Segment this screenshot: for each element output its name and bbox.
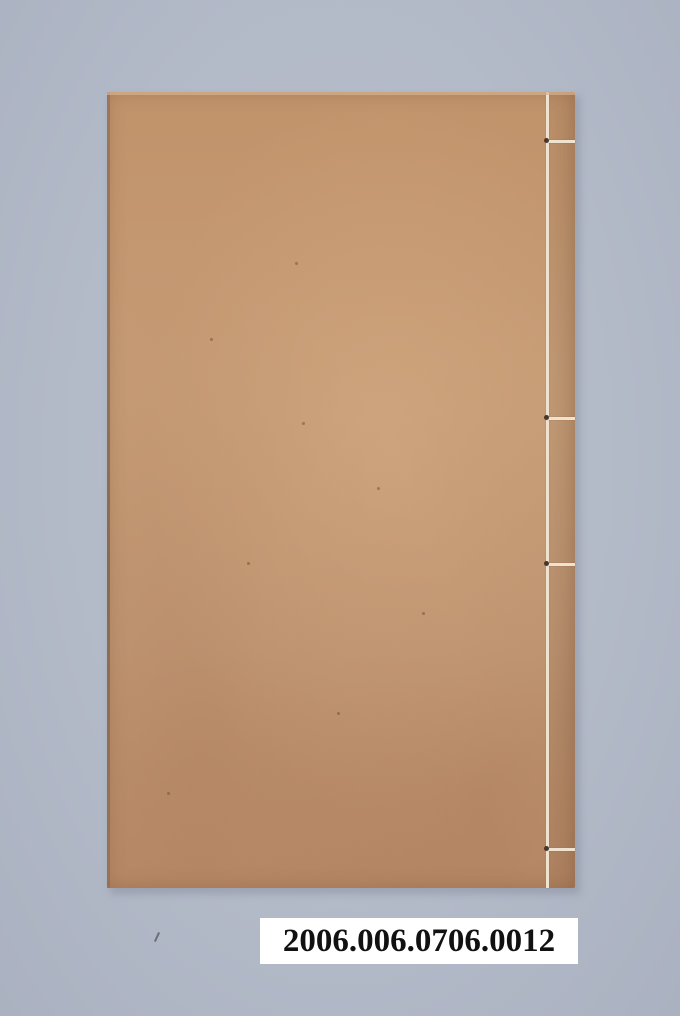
binding-stitch-4 xyxy=(547,848,575,851)
stitch-hole-3 xyxy=(544,561,549,566)
paper-speck xyxy=(247,562,250,565)
binding-stitch-3 xyxy=(547,563,575,566)
stitch-hole-1 xyxy=(544,138,549,143)
binding-stitch-1 xyxy=(547,140,575,143)
catalog-number-label: 2006.006.0706.0012 xyxy=(260,918,578,964)
paper-speck xyxy=(210,338,213,341)
binding-stitch-2 xyxy=(547,417,575,420)
spine-strip xyxy=(547,92,575,888)
book-cover xyxy=(107,92,575,888)
paper-speck xyxy=(422,612,425,615)
stitch-hole-2 xyxy=(544,415,549,420)
paper-speck xyxy=(167,792,170,795)
background-mark xyxy=(154,932,160,942)
paper-speck xyxy=(377,487,380,490)
paper-speck xyxy=(295,262,298,265)
paper-speck xyxy=(337,712,340,715)
binding-thread-vertical xyxy=(546,92,549,888)
stitch-hole-4 xyxy=(544,846,549,851)
paper-speck xyxy=(302,422,305,425)
